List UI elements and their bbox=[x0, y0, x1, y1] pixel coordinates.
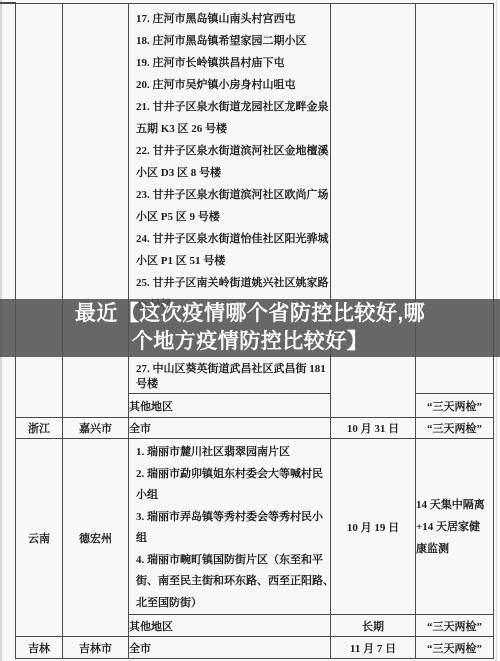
measure-line: 14 天集中隔离 bbox=[416, 494, 493, 516]
location-line: 小组 bbox=[136, 485, 328, 507]
province-cell: 吉林 bbox=[16, 637, 63, 659]
city-cell: 嘉兴市 bbox=[63, 418, 129, 439]
city-cell: 吉林市 bbox=[63, 637, 129, 659]
date-cell: 10 月 19 日 bbox=[331, 439, 416, 615]
location-list-cell: 1. 瑞丽市麓川社区翡翠园南片区 2. 瑞丽市勐卯镇姐东村委会大等喊村民 小组 … bbox=[129, 439, 331, 615]
date-cell-long-term: 长期 bbox=[331, 615, 416, 637]
overlay-banner: 最近【这次疫情哪个省防控比较好,哪 个地方疫情防控比较好】 bbox=[0, 299, 500, 357]
location-line: 1. 瑞丽市麓川社区翡翠园南片区 bbox=[136, 442, 328, 464]
date-cell: 11 月 7 日 bbox=[331, 637, 416, 659]
location-line: 小区 D3 区 8 号楼 bbox=[136, 162, 328, 184]
table-top-border-segment bbox=[0, 2, 16, 4]
other-area-cell: 其他地区 bbox=[129, 394, 331, 418]
location-line: 号楼 bbox=[136, 377, 328, 392]
area-cell: 全市 bbox=[129, 418, 331, 439]
province-cell: 云南 bbox=[16, 439, 63, 637]
overlay-title-line2: 个地方疫情防控比较好】 bbox=[132, 328, 369, 356]
table-row: 浙江 嘉兴市 全市 10 月 31 日 “三天两检” bbox=[16, 418, 494, 439]
measure-cell: “三天两检” bbox=[416, 637, 494, 659]
table-row: 吉林 吉林市 全市 11 月 7 日 “三天两检” bbox=[16, 637, 494, 659]
location-line: 21. 甘井子区泉水街道龙园社区龙畔金泉 bbox=[136, 96, 328, 118]
location-line: 4. 瑞丽市畹町镇国防街片区（东至和平 bbox=[136, 550, 328, 572]
area-cell: 全市 bbox=[129, 637, 331, 659]
overlay-title-line1: 最近【这次疫情哪个省防控比较好,哪 bbox=[75, 300, 425, 328]
measure-cell: “三天两检” bbox=[416, 394, 494, 418]
location-line: 2. 瑞丽市勐卯镇姐东村委会大等喊村民 bbox=[136, 464, 328, 486]
other-area-cell: 其他地区 bbox=[129, 615, 331, 637]
location-line: 小区 P1 区 51 号楼 bbox=[136, 250, 328, 272]
location-line: 小区 P5 区 9 号楼 bbox=[136, 206, 328, 228]
location-line: 19. 庄河市长岭镇洪昌村庙下屯 bbox=[136, 52, 328, 74]
location-line: 18. 庄河市黑岛镇希望家园二期小区 bbox=[136, 30, 328, 52]
location-line: 24. 甘井子区泉水街道怡佳社区阳光骅城 bbox=[136, 228, 328, 250]
location-line: 25. 甘井子区南关岭街道姚兴社区姚家路 bbox=[136, 272, 328, 294]
location-line: 北至国防街） bbox=[136, 593, 328, 615]
measure-cell: “三天两检” bbox=[416, 615, 494, 637]
location-line: 27. 中山区葵英街道武昌社区武昌街 181 bbox=[136, 362, 328, 377]
date-cell: 10 月 31 日 bbox=[331, 418, 416, 439]
location-line: 20. 庄河市吴炉镇小房身村山咀屯 bbox=[136, 74, 328, 96]
location-line: 街、南至民主街和环东路、西至正阳路、 bbox=[136, 571, 328, 593]
city-cell: 德宏州 bbox=[63, 439, 129, 637]
location-line: 五期 K3 区 26 号楼 bbox=[136, 118, 328, 140]
measure-line: +14 天居家健 bbox=[416, 516, 493, 538]
measure-cell: “三天两检” bbox=[416, 418, 494, 439]
table-row: 云南 德宏州 1. 瑞丽市麓川社区翡翠园南片区 2. 瑞丽市勐卯镇姐东村委会大等… bbox=[16, 439, 494, 615]
location-line: 3. 瑞丽市弄岛镇等秀村委会等秀村民小 bbox=[136, 507, 328, 529]
province-cell: 浙江 bbox=[16, 418, 63, 439]
location-line: 23. 甘井子区泉水街道滨河社区欧尚广场 bbox=[136, 184, 328, 206]
location-line: 组 bbox=[136, 528, 328, 550]
measure-cell: 14 天集中隔离 +14 天居家健 康监测 bbox=[416, 439, 494, 615]
location-line: 17. 庄河市黑岛镇山南头村宫西屯 bbox=[136, 8, 328, 30]
measure-line: 康监测 bbox=[416, 538, 493, 560]
page-root: 17. 庄河市黑岛镇山南头村宫西屯 18. 庄河市黑岛镇希望家园二期小区 19.… bbox=[0, 0, 500, 661]
location-line: 22. 甘井子区泉水街道滨河社区金地檀溪 bbox=[136, 140, 328, 162]
